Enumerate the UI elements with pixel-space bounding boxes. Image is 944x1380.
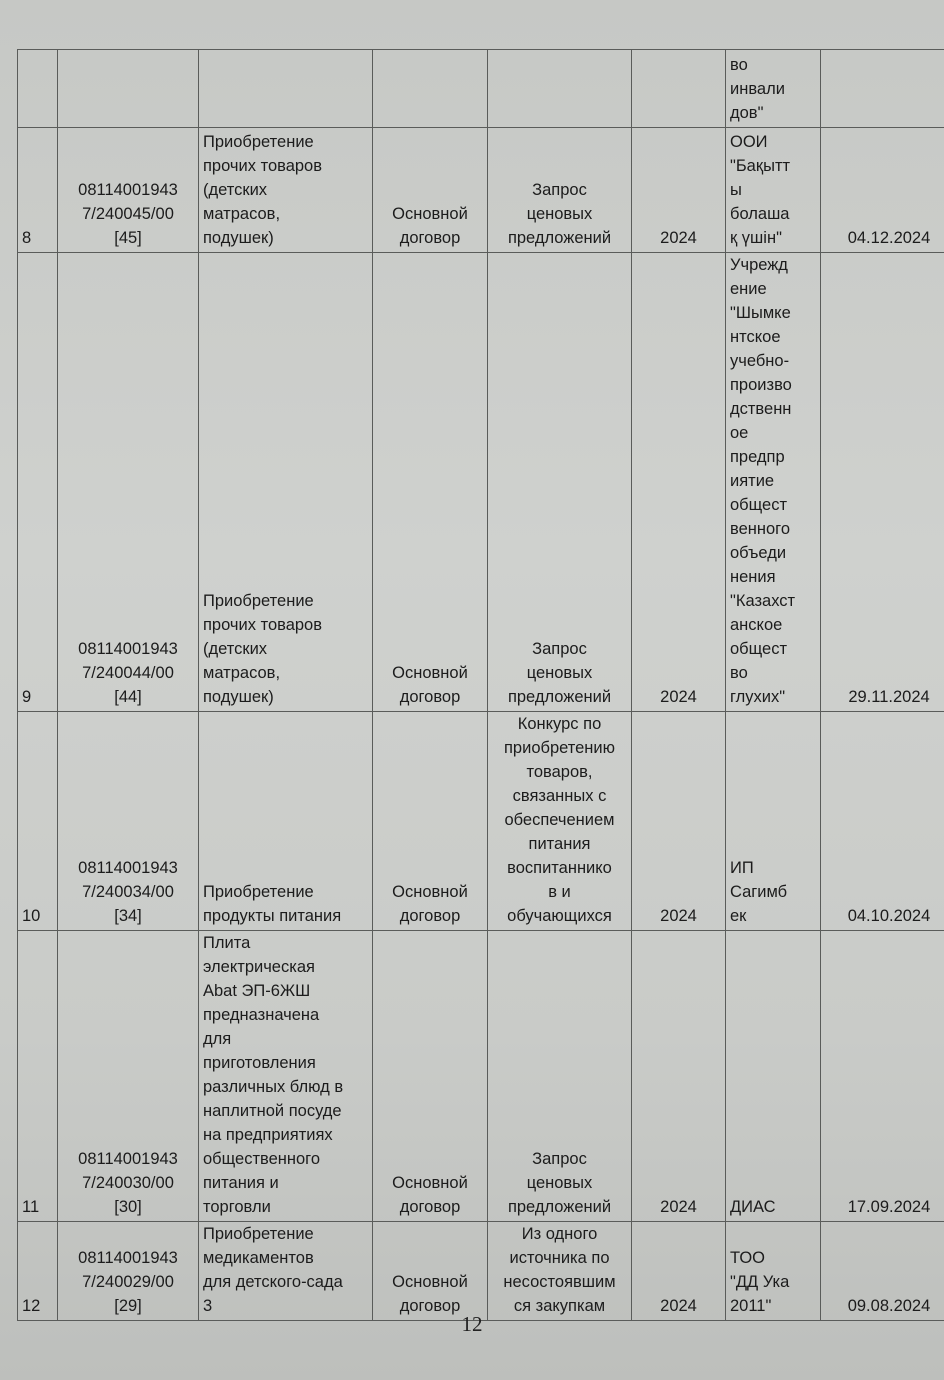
- cell-text-line: воспитаннико: [492, 856, 627, 880]
- procurement-method-cell: Из одногоисточника понесостоявшимся заку…: [488, 1222, 632, 1321]
- table-row: 9 081140019437/240044/00[44] Приобретени…: [18, 253, 944, 712]
- cell-text-line: во: [730, 53, 816, 77]
- cell-text-line: продукты питания: [203, 904, 368, 928]
- date-cell: 04.10.2024: [821, 712, 944, 931]
- year-cell: 2024: [632, 712, 726, 931]
- cell-text-line: Abat ЭП-6ЖШ: [203, 979, 368, 1003]
- cell-text-line: питания: [492, 832, 627, 856]
- subject-cell: Приобретениепрочих товаров(детскихматрас…: [199, 128, 373, 253]
- cell-text-line: связанных с: [492, 784, 627, 808]
- cell-text-line: ООИ: [730, 130, 816, 154]
- cell-text-line: в и: [492, 880, 627, 904]
- supplier-cell: Учреждение"Шымкентскоеучебно-производств…: [726, 253, 821, 712]
- cell-text-line: Основной: [377, 880, 483, 904]
- cell-text-line: [45]: [62, 226, 194, 250]
- cell-text-line: дов": [730, 101, 816, 125]
- cell-text-line: питания и: [203, 1171, 368, 1195]
- cell-text-line: ДИАС: [730, 1195, 816, 1219]
- cell-text-line: "ДД Ука: [730, 1270, 816, 1294]
- cell-text-line: ы: [730, 178, 816, 202]
- cell-text-line: ценовых: [492, 1171, 627, 1195]
- cell-text-line: электрическая: [203, 955, 368, 979]
- date-cell: 09.08.2024: [821, 1222, 944, 1321]
- subject-cell: [199, 50, 373, 128]
- cell-text-line: приобретению: [492, 736, 627, 760]
- cell-text-line: 08114001943: [62, 856, 194, 880]
- cell-text-line: Приобретение: [203, 880, 368, 904]
- cell-text-line: матрасов,: [203, 202, 368, 226]
- table-row: 12 081140019437/240029/00[29] Приобретен…: [18, 1222, 944, 1321]
- cell-text-line: предложений: [492, 1195, 627, 1219]
- cell-text-line: ое: [730, 421, 816, 445]
- cell-text-line: общест: [730, 493, 816, 517]
- cell-text-line: договор: [377, 1195, 483, 1219]
- cell-text-line: анское: [730, 613, 816, 637]
- procurement-method-cell: [488, 50, 632, 128]
- cell-text-line: "Бақытт: [730, 154, 816, 178]
- cell-text-line: общественного: [203, 1147, 368, 1171]
- document-page: воинвалидов" 8 081140019437/240045/00[45…: [0, 0, 944, 1380]
- row-number-cell: 9: [18, 253, 58, 712]
- cell-text-line: для: [203, 1027, 368, 1051]
- cell-text-line: нтское: [730, 325, 816, 349]
- contract-id-cell: 081140019437/240029/00[29]: [58, 1222, 199, 1321]
- cell-text-line: прочих товаров: [203, 613, 368, 637]
- cell-text-line: 08114001943: [62, 637, 194, 661]
- procurement-method-cell: Запросценовыхпредложений: [488, 253, 632, 712]
- page-number: 12: [0, 1312, 944, 1337]
- cell-text-line: общест: [730, 637, 816, 661]
- row-number-cell: [18, 50, 58, 128]
- table-row: 10 081140019437/240034/00[34] Приобретен…: [18, 712, 944, 931]
- cell-text-line: предложений: [492, 226, 627, 250]
- row-number-cell: 8: [18, 128, 58, 253]
- date-cell: 29.11.2024: [821, 253, 944, 712]
- row-number-cell: 10: [18, 712, 58, 931]
- cell-text-line: матрасов,: [203, 661, 368, 685]
- procurement-method-cell: Запросценовыхпредложений: [488, 128, 632, 253]
- supplier-cell: воинвалидов": [726, 50, 821, 128]
- cell-text-line: глухих": [730, 685, 816, 709]
- cell-text-line: "Казахст: [730, 589, 816, 613]
- contract-id-cell: 081140019437/240045/00[45]: [58, 128, 199, 253]
- table-row: воинвалидов": [18, 50, 944, 128]
- contract-type-cell: Основнойдоговор: [373, 253, 488, 712]
- cell-text-line: предпр: [730, 445, 816, 469]
- cell-text-line: Основной: [377, 661, 483, 685]
- cell-text-line: учебно-: [730, 349, 816, 373]
- cell-text-line: предложений: [492, 685, 627, 709]
- cell-text-line: венного: [730, 517, 816, 541]
- cell-text-line: [34]: [62, 904, 194, 928]
- table-row: 8 081140019437/240045/00[45] Приобретени…: [18, 128, 944, 253]
- cell-text-line: 08114001943: [62, 178, 194, 202]
- supplier-cell: ООИ"Бақыттыболашақ үшін": [726, 128, 821, 253]
- year-cell: 2024: [632, 253, 726, 712]
- cell-text-line: (детских: [203, 637, 368, 661]
- cell-text-line: Запрос: [492, 178, 627, 202]
- supplier-cell: ДИАС: [726, 931, 821, 1222]
- cell-text-line: 7/240045/00: [62, 202, 194, 226]
- subject-cell: Приобретениемедикаментовдля детского-сад…: [199, 1222, 373, 1321]
- cell-text-line: 08114001943: [62, 1246, 194, 1270]
- cell-text-line: прочих товаров: [203, 154, 368, 178]
- cell-text-line: для детского-сада: [203, 1270, 368, 1294]
- cell-text-line: несостоявшим: [492, 1270, 627, 1294]
- cell-text-line: Запрос: [492, 1147, 627, 1171]
- contract-id-cell: 081140019437/240034/00[34]: [58, 712, 199, 931]
- cell-text-line: Приобретение: [203, 1222, 368, 1246]
- cell-text-line: "Шымке: [730, 301, 816, 325]
- year-cell: [632, 50, 726, 128]
- contract-type-cell: Основнойдоговор: [373, 931, 488, 1222]
- cell-text-line: товаров,: [492, 760, 627, 784]
- procurement-method-cell: Конкурс поприобретениютоваров,связанных …: [488, 712, 632, 931]
- cell-text-line: во: [730, 661, 816, 685]
- row-number-cell: 12: [18, 1222, 58, 1321]
- cell-text-line: ек: [730, 904, 816, 928]
- contract-type-cell: Основнойдоговор: [373, 128, 488, 253]
- cell-text-line: [30]: [62, 1195, 194, 1219]
- cell-text-line: 08114001943: [62, 1147, 194, 1171]
- cell-text-line: Приобретение: [203, 589, 368, 613]
- year-cell: 2024: [632, 1222, 726, 1321]
- date-cell: 17.09.2024: [821, 931, 944, 1222]
- cell-text-line: приготовления: [203, 1051, 368, 1075]
- cell-text-line: болаша: [730, 202, 816, 226]
- cell-text-line: (детских: [203, 178, 368, 202]
- cell-text-line: договор: [377, 904, 483, 928]
- cell-text-line: обеспечением: [492, 808, 627, 832]
- year-cell: 2024: [632, 931, 726, 1222]
- cell-text-line: Сагимб: [730, 880, 816, 904]
- cell-text-line: торговли: [203, 1195, 368, 1219]
- contract-type-cell: Основнойдоговор: [373, 712, 488, 931]
- subject-cell: Приобретениепрочих товаров(детскихматрас…: [199, 253, 373, 712]
- subject-cell: ПлитаэлектрическаяAbat ЭП-6ЖШпредназначе…: [199, 931, 373, 1222]
- cell-text-line: произво: [730, 373, 816, 397]
- contract-id-cell: [58, 50, 199, 128]
- cell-text-line: обучающихся: [492, 904, 627, 928]
- cell-text-line: медикаментов: [203, 1246, 368, 1270]
- cell-text-line: Плита: [203, 931, 368, 955]
- date-cell: [821, 50, 944, 128]
- cell-text-line: дственн: [730, 397, 816, 421]
- cell-text-line: различных блюд в: [203, 1075, 368, 1099]
- cell-text-line: договор: [377, 226, 483, 250]
- cell-text-line: инвали: [730, 77, 816, 101]
- cell-text-line: қ үшін": [730, 226, 816, 250]
- cell-text-line: ТОО: [730, 1246, 816, 1270]
- cell-text-line: Основной: [377, 202, 483, 226]
- cell-text-line: ИП: [730, 856, 816, 880]
- cell-text-line: 7/240030/00: [62, 1171, 194, 1195]
- cell-text-line: предназначена: [203, 1003, 368, 1027]
- cell-text-line: Запрос: [492, 637, 627, 661]
- cell-text-line: объеди: [730, 541, 816, 565]
- cell-text-line: Приобретение: [203, 130, 368, 154]
- row-number-cell: 11: [18, 931, 58, 1222]
- date-cell: 04.12.2024: [821, 128, 944, 253]
- cell-text-line: ение: [730, 277, 816, 301]
- contract-id-cell: 081140019437/240044/00[44]: [58, 253, 199, 712]
- cell-text-line: Основной: [377, 1270, 483, 1294]
- cell-text-line: ценовых: [492, 202, 627, 226]
- contract-id-cell: 081140019437/240030/00[30]: [58, 931, 199, 1222]
- cell-text-line: [44]: [62, 685, 194, 709]
- cell-text-line: подушек): [203, 685, 368, 709]
- procurement-method-cell: Запросценовыхпредложений: [488, 931, 632, 1222]
- contract-type-cell: Основнойдоговор: [373, 1222, 488, 1321]
- cell-text-line: 7/240029/00: [62, 1270, 194, 1294]
- cell-text-line: ценовых: [492, 661, 627, 685]
- contracts-table: воинвалидов" 8 081140019437/240045/00[45…: [17, 49, 944, 1321]
- cell-text-line: наплитной посуде: [203, 1099, 368, 1123]
- cell-text-line: договор: [377, 685, 483, 709]
- cell-text-line: 7/240034/00: [62, 880, 194, 904]
- supplier-cell: ИПСагимбек: [726, 712, 821, 931]
- cell-text-line: Из одного: [492, 1222, 627, 1246]
- cell-text-line: на предприятиях: [203, 1123, 368, 1147]
- cell-text-line: 7/240044/00: [62, 661, 194, 685]
- cell-text-line: источника по: [492, 1246, 627, 1270]
- cell-text-line: Основной: [377, 1171, 483, 1195]
- year-cell: 2024: [632, 128, 726, 253]
- subject-cell: Приобретениепродукты питания: [199, 712, 373, 931]
- cell-text-line: Учрежд: [730, 253, 816, 277]
- cell-text-line: иятие: [730, 469, 816, 493]
- table-row: 11 081140019437/240030/00[30] Плитаэлект…: [18, 931, 944, 1222]
- cell-text-line: нения: [730, 565, 816, 589]
- cell-text-line: Конкурс по: [492, 712, 627, 736]
- contract-type-cell: [373, 50, 488, 128]
- cell-text-line: подушек): [203, 226, 368, 250]
- supplier-cell: ТОО"ДД Ука2011": [726, 1222, 821, 1321]
